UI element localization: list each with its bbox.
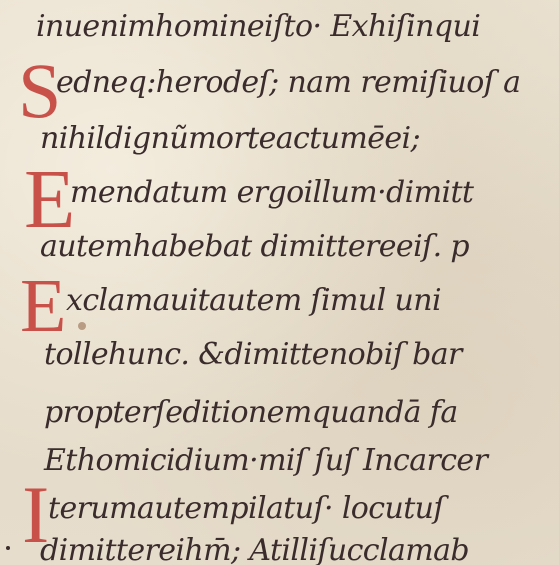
manuscript-line-1: inuenimhomineiſto· Exhiſinqui [36, 12, 480, 42]
margin-dot [6, 546, 10, 550]
manuscript-line-8: propterſeditionemquandā fa [44, 398, 458, 428]
manuscript-line-6: xclamauitautem ſimul uni [66, 286, 441, 316]
manuscript-line-5: autemhabebat dimittereeiſ. p [40, 232, 469, 262]
manuscript-line-4: mendatum ergoillum·dimitt [70, 178, 473, 208]
manuscript-line-10: terumautempilatuſ· locutuſ [48, 494, 444, 524]
manuscript-line-9: Ethomicidium·miſ ſuſ Incarcer [44, 446, 487, 476]
rubric-initial-s: S [18, 52, 61, 130]
manuscript-line-2: edneq:herodeſ; nam remiſiuoſ a [56, 68, 520, 98]
manuscript-line-7: tollehunc. &dimittenobiſ bar [44, 340, 462, 370]
manuscript-page: inuenimhomineiſto· Exhiſinqui S edneq:he… [0, 0, 559, 565]
ink-stain [78, 322, 86, 330]
manuscript-line-11: dimittereihm̄; Atilliſucclamab [40, 536, 469, 565]
rubric-initial-e-2: E [20, 268, 66, 344]
manuscript-line-3: nihildignũmorteactumēei; [40, 124, 420, 154]
